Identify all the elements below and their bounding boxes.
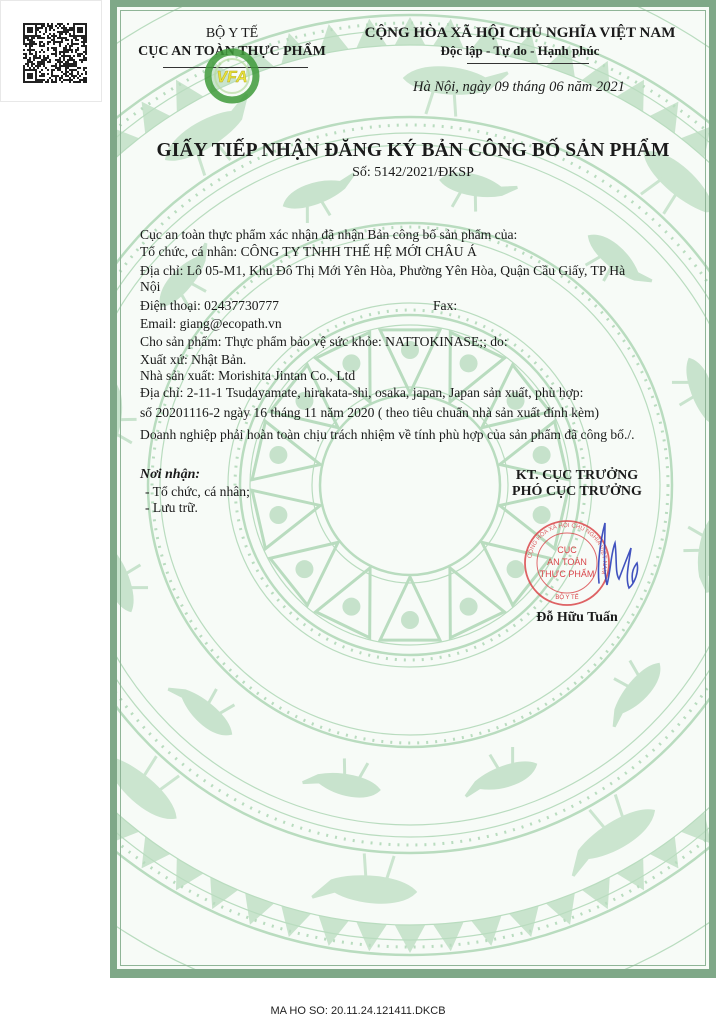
recipient-item: - Lưu trữ. [145,500,198,516]
handwritten-signature-icon [598,523,637,588]
email: Email: giang@ecopath.vn [140,316,282,332]
document-title: GIẤY TIẾP NHẬN ĐĂNG KÝ BẢN CÔNG BỐ SẢN P… [117,140,709,162]
product: Cho sản phẩm: Thực phẩm bảo vệ sức khỏe:… [140,334,508,350]
country-name: CỘNG HÒA XÃ HỘI CHỦ NGHĨA VIỆT NAM [350,25,690,42]
signer-name: Đỗ Hữu Tuấn [477,610,677,626]
organization: Tổ chức, cá nhân: CÔNG TY TNHH THẾ HỆ MỚ… [140,244,477,260]
vfa-logo-icon: VFA [203,47,261,105]
svg-text:THỰC PHẨM: THỰC PHẨM [540,568,595,579]
qr-code-box [0,0,102,102]
standard-reference: số 20201116-2 ngày 16 tháng 11 năm 2020 … [140,405,599,421]
address-line-1: Địa chỉ: Lô 05-M1, Khu Đô Thị Mới Yên Hò… [140,263,625,279]
issue-date: Hà Nội, ngày 09 tháng 06 năm 2021 [413,79,625,96]
fax: Fax: [433,298,457,314]
certificate-paper: BỘ Y TẾ CỤC AN TOÀN THỰC PHẨM VFA CỘNG H… [117,7,709,969]
intro-text: Cục an toàn thực phẩm xác nhận đã nhận B… [140,227,517,243]
phone: Điện thoại: 02437730777 [140,298,279,314]
motto-underline [467,63,589,64]
certificate-frame: BỘ Y TẾ CỤC AN TOÀN THỰC PHẨM VFA CỘNG H… [110,0,716,978]
national-motto: Độc lập - Tự do - Hạnh phúc [350,43,690,59]
svg-text:BỘ Y TẾ: BỘ Y TẾ [555,594,578,601]
dossier-code: MA HO SO: 20.11.24.121411.DKCB [0,1005,716,1017]
svg-text:VFA: VFA [216,69,247,86]
svg-text:AN TOÀN: AN TOÀN [547,557,587,567]
signer-title-1: KT. CỤC TRƯỞNG [477,468,677,484]
origin: Xuất xứ: Nhật Bản. [140,352,246,368]
manufacturer: Nhà sản xuất: Morishita Jintan Co., Ltd [140,368,355,384]
qr-code-icon [23,23,87,83]
responsibility-statement: Doanh nghiệp phải hoàn toàn chịu trách n… [140,427,635,443]
document-number: Số: 5142/2021/ĐKSP [117,165,709,181]
signer-title-2: PHÓ CỤC TRƯỞNG [477,484,677,500]
recipients-heading: Nơi nhận: [140,467,200,483]
stamp-icon: CỘNG HÒA XÃ HỘI CHỦ NGHĨA VIỆT NAM CỤC A… [525,521,609,605]
address-line-2: Nội [140,279,160,295]
recipient-item: - Tổ chức, cá nhân; [145,484,250,500]
ministry-name: BỘ Y TẾ [137,25,327,42]
official-stamp: CỘNG HÒA XÃ HỘI CHỦ NGHĨA VIỆT NAM CỤC A… [519,513,659,613]
manufacturer-address: Địa chỉ: 2-11-1 Tsudayamate, hirakata-sh… [140,385,583,401]
svg-text:CỤC: CỤC [557,545,577,555]
